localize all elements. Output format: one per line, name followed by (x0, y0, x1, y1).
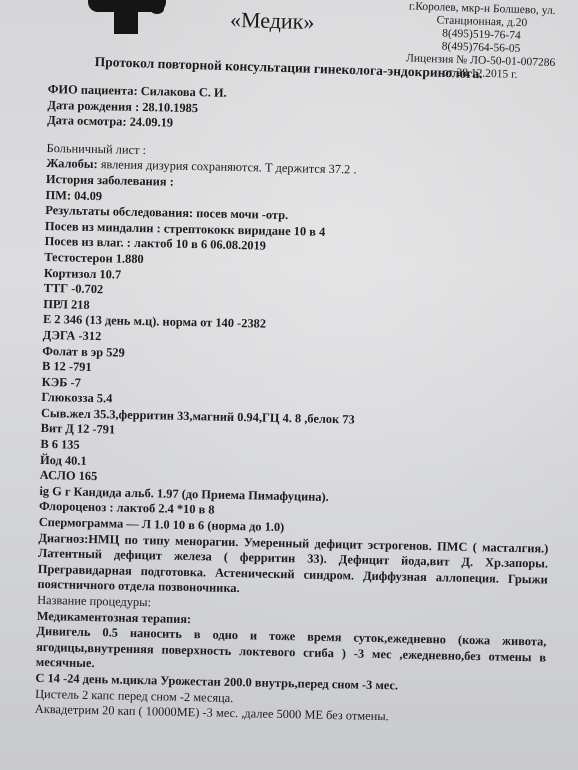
document-page: «Медик» г.Королев, мкр-н Болшево, ул. Ст… (0, 0, 578, 770)
diagnosis: Диагноз:НМЦ по типу менорагии. Умеренный… (37, 531, 548, 604)
clinic-logo (88, 0, 168, 34)
results-list: Результаты обследования: посев мочи -отр… (39, 203, 556, 541)
clinic-name: «Медик» (230, 7, 315, 35)
protocol-body: ФИО пациента: Силакова С. И. Дата рожден… (35, 82, 558, 728)
